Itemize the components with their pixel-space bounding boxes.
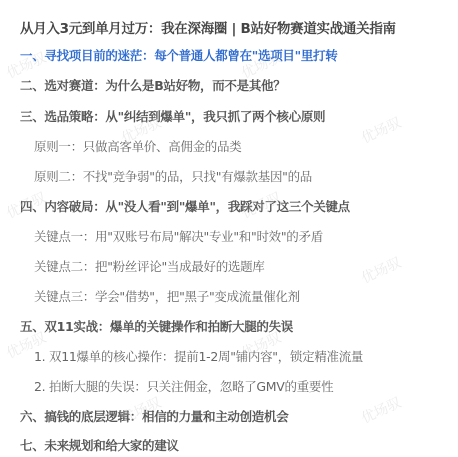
toc-item[interactable]: 二、选对赛道：为什么是B站好物，而不是其他？ (20, 76, 285, 94)
toc-subitem[interactable]: 关键点三：学会"借势"，把"黑子"变成流量催化剂 (34, 287, 300, 305)
toc-item[interactable]: 六、搞钱的底层逻辑：相信的力量和主动创造机会 (20, 407, 288, 425)
watermark: 优场驭 (358, 392, 405, 428)
watermark: 优场驭 (358, 112, 405, 148)
quote-glyph: “ (22, 0, 27, 5)
toc-subitem[interactable]: 关键点二：把"粉丝评论"当成最好的选题库 (34, 257, 265, 275)
toc-item[interactable]: 四、内容破局：从"没人看"到"爆单"，我踩对了这三个关键点 (20, 197, 350, 215)
toc-title[interactable]: 从月入3元到单月过万：我在深海圈 | B站好物赛道实战通关指南 (20, 17, 396, 37)
toc-subitem[interactable]: 2. 拍断大腿的失误：只关注佣金，忽略了GMV的重要性 (34, 377, 333, 395)
toc-item[interactable]: 一、寻找项目前的迷茫：每个普通人都曾在"选项目"里打转 (20, 46, 337, 64)
toc-item[interactable]: 七、未来规划和给大家的建议 (20, 436, 179, 454)
toc-subitem[interactable]: 原则二：不找"竞争弱"的品，只找"有爆款基因"的品 (34, 167, 312, 185)
watermark: 优场驭 (358, 252, 405, 288)
toc-subitem[interactable]: 原则一：只做高客单价、高佣金的品类 (34, 137, 241, 155)
toc-item[interactable]: 三、选品策略：从"纠结到爆单"，我只抓了两个核心原则 (20, 107, 325, 125)
toc-item[interactable]: 五、双11实战：爆单的关键操作和拍断大腿的失误 (20, 317, 293, 335)
toc-subitem[interactable]: 1. 双11爆单的核心操作：提前1-2周"铺内容"，锁定精准流量 (34, 347, 363, 365)
toc-subitem[interactable]: 关键点一：用"双账号布局"解决"专业"和"时效"的矛盾 (34, 227, 323, 245)
